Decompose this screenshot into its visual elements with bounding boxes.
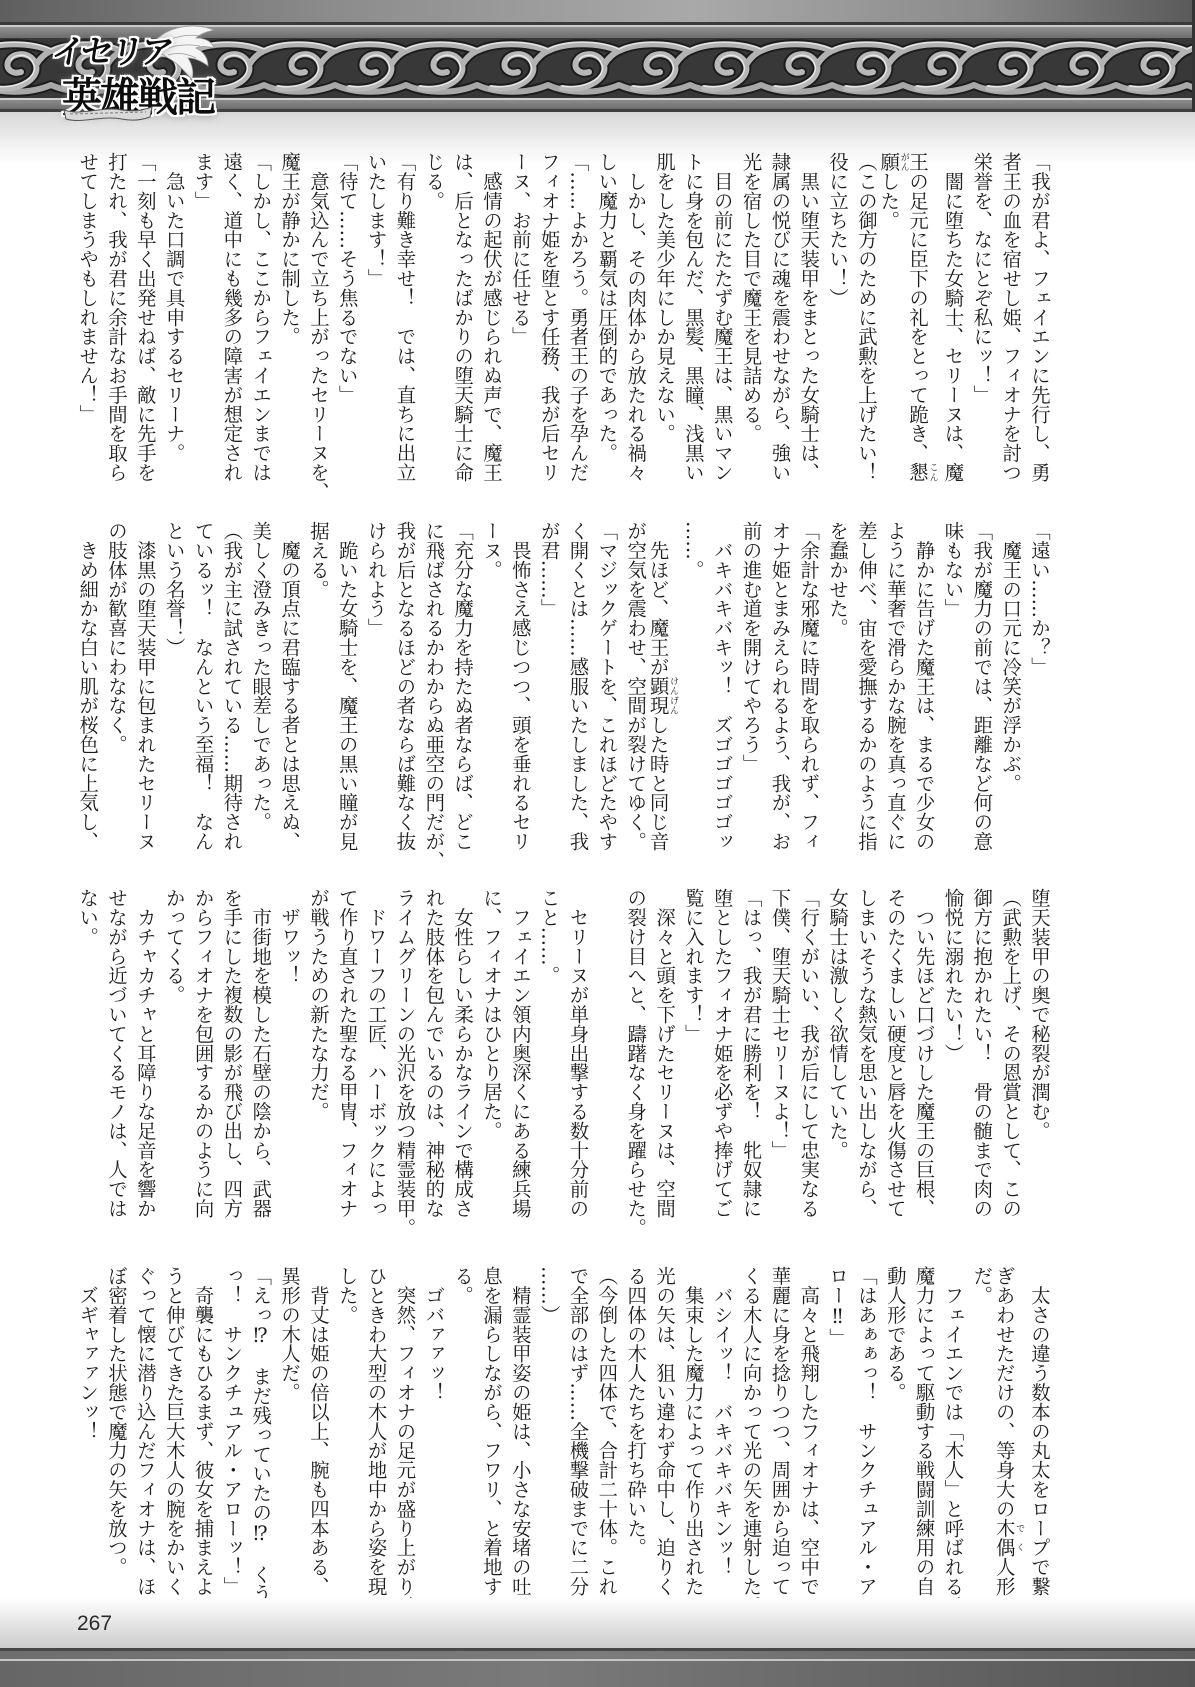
text-column: オナ姫とまみえられるよう、我が、お	[765, 521, 794, 851]
text-column: ドワーフの工匠、ハーボックによっ	[361, 888, 390, 1218]
text-column: 栄誉を、なにとぞ私にッ！」	[966, 152, 995, 482]
text-column: は、后となったばかりの堕天騎士に命	[447, 152, 476, 482]
text-column: 打たれ、我が君に余計なお手間を取ら	[101, 152, 130, 482]
text-column: ザワッ！	[274, 888, 303, 1218]
book-page: イセリア 英雄戦記 「我が君よ、フェイエンに先行し、勇者王の血を宿せし姫、フィオ…	[0, 0, 1195, 1687]
text-column: れた肢体を包んでいるのは、神秘的な	[418, 888, 447, 1218]
text-column: 「余計な邪魔に時間を取られず、フィ	[793, 521, 822, 851]
text-column: 女性らしい柔らかなラインで構成さ	[447, 888, 476, 1218]
text-column: ない。	[72, 888, 101, 1218]
text-column: 堕天装甲の奥で秘裂が潤む。	[1024, 888, 1053, 1218]
text-column: ゴバァァッ！	[418, 1266, 447, 1596]
text-column: 「我が魔力の前では、距離など何の意	[966, 521, 995, 851]
text-tier-3: 堕天装甲の奥で秘裂が潤む。（武勲を上げ、その恩賞として、この御方に抱かれたい！ …	[71, 888, 1053, 1218]
text-column: （武勲を上げ、その恩賞として、この	[995, 888, 1024, 1218]
text-column: 異形の木人だ。	[274, 1266, 303, 1596]
text-column: る四体の木人たちを打ち砕いた。	[620, 1266, 649, 1596]
text-column: る。	[447, 1266, 476, 1596]
text-column: 先ほど、魔王が顕現けんげんした時と同じ音	[649, 521, 678, 851]
text-column: て作り直された聖なる甲冑、フィオナ	[332, 888, 361, 1218]
text-column: 役に立ちたい！）	[822, 152, 851, 482]
text-column: ーヌ、お前に任せる」	[505, 152, 534, 482]
text-column: 差し伸べ、宙を愛撫するかのように指	[851, 521, 880, 851]
text-column: に飛ばされるかわからぬ亜空の門だが、	[418, 521, 447, 851]
text-column: 肌をした美少年にしか見えない。	[649, 152, 678, 482]
text-column: 前の進む道を開けてやろう」	[736, 521, 765, 851]
text-column: 「えっ⁉ まだ残っていたの⁉ くう	[245, 1266, 274, 1596]
text-column: 静かに告げた魔王は、まるで少女の	[909, 521, 938, 851]
text-column: くる木人に向かって光の矢を連射した。	[736, 1266, 765, 1596]
text-column: しい魔力と覇気は圧倒的であった。	[592, 152, 621, 482]
text-column: 太さの違う数本の丸太をロープで繋	[1024, 1266, 1053, 1596]
text-column: 奇襲にもひるまず、彼女を捕まえよ	[188, 1266, 217, 1596]
text-column: ます」	[188, 152, 217, 482]
text-column: けられよう」	[361, 521, 390, 851]
text-column: （我が主に試されている……期待され	[217, 521, 246, 851]
text-column: ……）	[534, 1266, 563, 1596]
text-column: 突然、フィオナの足元が盛り上がり、	[390, 1266, 419, 1596]
text-column: ように華奢で滑らかな腕を真っ直ぐに	[880, 521, 909, 851]
text-column: 意気込んで立ち上がったセリーヌを、	[303, 152, 332, 482]
text-column: 「マジックゲートを、これほどたやす	[592, 521, 621, 851]
text-column: フェイエン領内奥深くにある練兵場	[505, 888, 534, 1218]
text-column: そのたくましい硬度と唇を火傷させて	[880, 888, 909, 1218]
text-column: 覧に入れます！」	[678, 888, 707, 1218]
text-column: ぐって懐に潜り込んだフィオナは、ほ	[130, 1266, 159, 1596]
text-column: ぼ密着した状態で魔力の矢を放つ。	[101, 1266, 130, 1596]
text-column: 光を宿した目で魔王を見詰める。	[736, 152, 765, 482]
text-tier-2: 「遠い……か？」 魔王の口元に冷笑が浮かぶ。「我が魔力の前では、距離など何の意味…	[71, 521, 1053, 851]
page-number: 267	[77, 1613, 112, 1634]
text-column: 魔王の口元に冷笑が浮かぶ。	[995, 521, 1024, 851]
text-column: 「有り難き幸せ！ では、直ちに出立	[390, 152, 419, 482]
text-column: フィオナ姫を堕とす任務、我が后セリ	[534, 152, 563, 482]
text-column: いたします！」	[361, 152, 390, 482]
text-column: フェイエンでは「木人」と呼ばれる、	[938, 1266, 967, 1596]
text-column: 精霊装甲姿の姫は、小さな安堵の吐	[505, 1266, 534, 1596]
ribbon-banner-icon	[62, 104, 154, 124]
text-column: うと伸びてきた巨大木人の腕をかいく	[159, 1266, 188, 1596]
text-column: こと……。	[534, 888, 563, 1218]
text-column: 据える。	[303, 521, 332, 851]
text-column: セリーヌが単身出撃する数十分前の	[563, 888, 592, 1218]
text-column: が君……」	[534, 521, 563, 851]
text-column: カチャカチャと耳障りな足音を響か	[130, 888, 159, 1218]
series-logo: イセリア 英雄戦記	[38, 20, 228, 132]
text-column: 背丈は姫の倍以上、腕も四本ある、	[303, 1266, 332, 1596]
text-column: しまいそうな熱気を思い出しながら、	[851, 888, 880, 1218]
text-column: からフィオナを包囲するかのように向	[188, 888, 217, 1218]
text-column: 堕としたフィオナ姫を必ずや捧げてご	[707, 888, 736, 1218]
text-tier-1: 「我が君よ、フェイエンに先行し、勇者王の血を宿せし姫、フィオナを討つ栄誉を、なに…	[71, 152, 1053, 482]
text-column: 隷属の悦びに魂を震わせながら、強い	[765, 152, 794, 482]
text-column: 下僕、堕天騎士セリーヌよ！」	[765, 888, 794, 1218]
text-column: 遠く、道中にも幾多の障害が想定され	[217, 152, 246, 482]
text-column: 華麗に身を捻りつつ、周囲から迫って	[765, 1266, 794, 1596]
ruby-annotation: 懇こん	[906, 462, 929, 481]
text-column: ライムグリーンの光沢を放つ精霊装甲。	[390, 888, 419, 1218]
text-column: かってくる。	[159, 888, 188, 1218]
text-column: 目の前にたたずむ魔王は、黒いマン	[707, 152, 736, 482]
text-column: という名誉！）	[159, 521, 188, 851]
text-column: 「行くがいい、我が后にして忠実なる	[793, 888, 822, 1218]
text-column: 急いた口調で具申するセリーナ。	[159, 152, 188, 482]
text-column: （今倒した四体で、合計二十体。これ	[592, 1266, 621, 1596]
text-column: 黒い堕天装甲をまとった女騎士は、	[793, 152, 822, 482]
text-column: 漆黒の堕天装甲に包まれたセリーヌ	[130, 521, 159, 851]
text-column: が戦うための新たな力だ。	[303, 888, 332, 1218]
ruby-annotation: 木偶でく	[993, 1518, 1016, 1557]
text-column: 愉悦に溺れたい！）	[938, 888, 967, 1218]
text-column: の肢体が歓喜にわななく。	[101, 521, 130, 851]
text-column: の裂け目へと、躊躇なく身を躍らせた。	[620, 888, 649, 1218]
text-column: 光の矢は、狙い違わず命中し、迫りく	[649, 1266, 678, 1596]
text-column: 集束した魔力によって作り出された	[678, 1266, 707, 1596]
text-column: した。	[332, 1266, 361, 1596]
text-column: 動人形である。	[880, 1266, 909, 1596]
text-column: 「はあぁぁっ！ サンクチュアル・ア	[851, 1266, 880, 1596]
text-column: く開くとは……感服いたしました、我	[563, 521, 592, 851]
text-column: 「……よかろう。勇者王の子を孕んだ	[563, 152, 592, 482]
text-column: 魔力によって駆動する戦闘訓練用の自	[909, 1266, 938, 1596]
ruby-annotation: 願がん	[877, 152, 900, 171]
footer-shadow-fade	[0, 1598, 1195, 1648]
text-column: ロー‼」	[822, 1266, 851, 1596]
text-column: ひときわ大型の木人が地中から姿を現	[361, 1266, 390, 1596]
ruby-annotation: 顕現けんげん	[647, 676, 670, 715]
text-column: 跪いた女騎士を、魔王の黒い瞳が見	[332, 521, 361, 851]
text-column: 「一刻も早く出発せねば、敵に先手を	[130, 152, 159, 482]
text-column: せてしまうやもしれません！」	[72, 152, 101, 482]
text-column: 「しかし、ここからフェイエンまでは	[245, 152, 274, 482]
text-column: で全部のはず……全機撃破までに二分	[563, 1266, 592, 1596]
text-column: 「我が君よ、フェイエンに先行し、勇	[1024, 152, 1053, 482]
text-column: 御方に抱かれたい！ 骨の髄まで肉の	[966, 888, 995, 1218]
text-column: 味もない」	[938, 521, 967, 851]
text-column: 深々と頭を下げたセリーヌは、空間	[649, 888, 678, 1218]
text-column: 女騎士は激しく欲情していた。	[822, 888, 851, 1218]
text-column: を蠢かせた。	[822, 521, 851, 851]
text-column: 「充分な魔力を持たぬ者ならば、どこ	[447, 521, 476, 851]
text-column: 「遠い……か？」	[1024, 521, 1053, 851]
text-column: トに身を包んだ、黒髪、黒瞳、浅黒い	[678, 152, 707, 482]
text-column: バキバキバキッ！ ズゴゴゴゴゴッ	[707, 521, 736, 851]
text-column: が空気を震わせ、空間が裂けてゆく。	[620, 521, 649, 851]
text-column: っ！ サンクチュアル・アローッ！」	[217, 1266, 246, 1596]
text-column: ーヌ。	[476, 521, 505, 851]
text-column: 我が后となるほどの者ならば難なく抜	[390, 521, 419, 851]
text-column: しかし、その肉体から放たれる禍々	[620, 152, 649, 482]
text-column: ているッ！ なんという至福！ なん	[188, 521, 217, 851]
text-column: 美しく澄みきった眼差しであった。	[245, 521, 274, 851]
text-column: じる。	[418, 152, 447, 482]
text-column: 感情の起伏が感じられぬ声で、魔王	[476, 152, 505, 482]
text-column: つい先ほど口づけした魔王の巨根、	[909, 888, 938, 1218]
text-column: （この御方のために武勲を上げたい！	[851, 152, 880, 482]
text-column: せながら近づいてくるモノは、人では	[101, 888, 130, 1218]
text-column: 「はっ、我が君に勝利を！ 牝奴隷に	[736, 888, 765, 1218]
text-column: 王の足元に臣下の礼をとって跪き、懇こん	[909, 152, 938, 482]
text-column: ぎあわせただけの、等身大の木偶でく人形	[995, 1266, 1024, 1596]
text-column: ……。	[678, 521, 707, 851]
text-column: きめ細かな白い肌が桜色に上気し、	[72, 521, 101, 851]
text-column: 「待て……そう焦るでない」	[332, 152, 361, 482]
text-column: バシイッ！ バキバキバキンッ！	[707, 1266, 736, 1596]
text-column: 魔王が静かに制した。	[274, 152, 303, 482]
text-column: 畏怖さえ感じつつ、頭を垂れるセリ	[505, 521, 534, 851]
text-column: 市街地を模した石壁の陰から、武器	[245, 888, 274, 1218]
text-column: 闇に堕ちた女騎士、セリーヌは、魔	[938, 152, 967, 482]
footer-band	[0, 1661, 1195, 1687]
header-gradient-strip	[0, 0, 1195, 22]
footer-frame-band	[0, 1651, 1195, 1659]
text-column: 息を漏らしながら、フワリ、と着地す	[476, 1266, 505, 1596]
text-column: ズギャァァンッ！	[72, 1266, 101, 1596]
text-column: 魔の頂点に君臨する者とは思えぬ、	[274, 521, 303, 851]
text-column: 者王の血を宿せし姫、フィオナを討つ	[995, 152, 1024, 482]
text-column: に、フィオナはひとり居た。	[476, 888, 505, 1218]
text-column: を手にした複数の影が飛び出し、四方	[217, 888, 246, 1218]
text-tier-4: 太さの違う数本の丸太をロープで繋ぎあわせただけの、等身大の木偶でく人形だ。 フェ…	[71, 1266, 1053, 1596]
text-column: 高々と飛翔したフィオナは、空中で	[793, 1266, 822, 1596]
text-column	[592, 888, 621, 1218]
